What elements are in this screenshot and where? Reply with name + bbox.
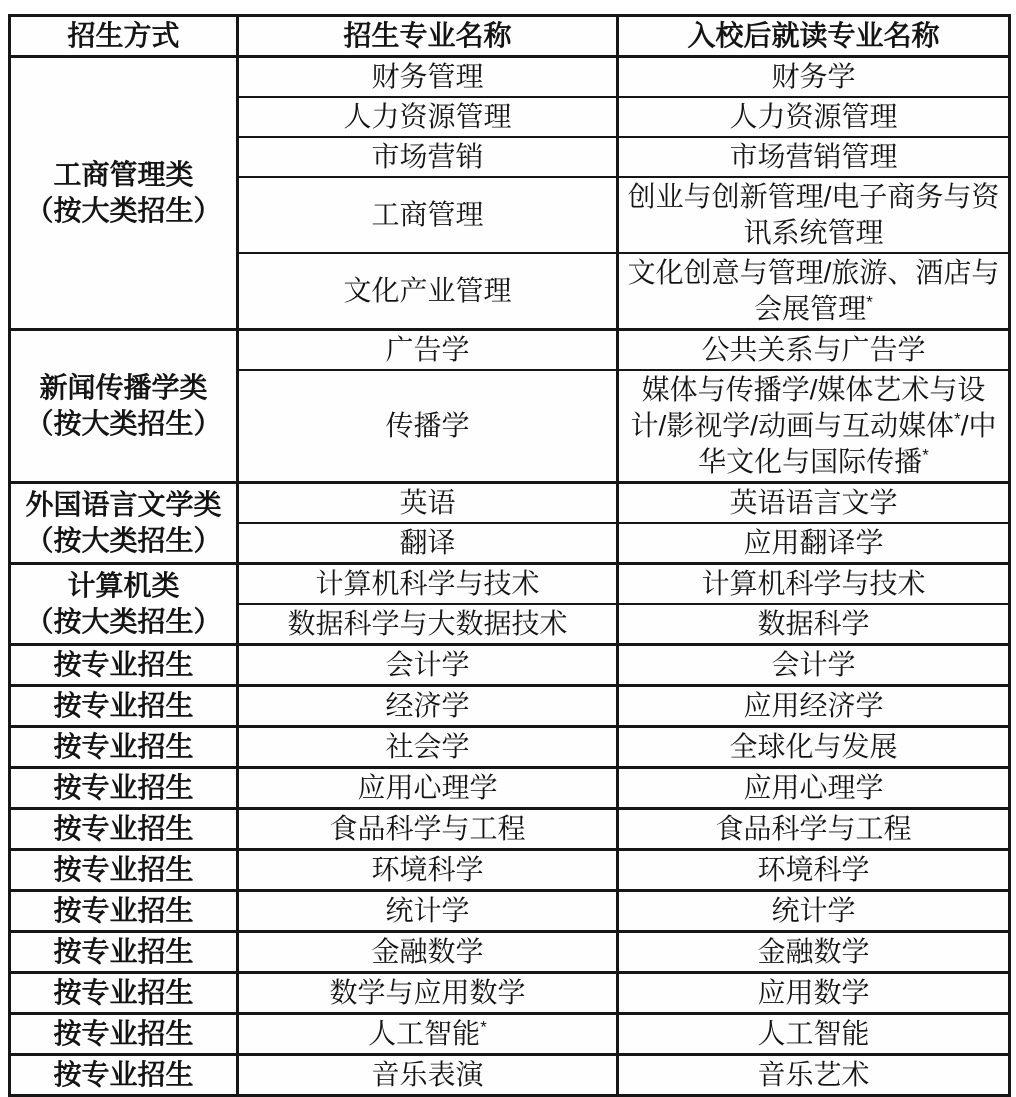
header-method: 招生方式	[10, 16, 238, 57]
major-cell: 文化产业管理	[238, 253, 618, 330]
major-cell: 翻译	[238, 523, 618, 564]
study-cell: 市场营销管理	[618, 137, 1010, 177]
method-cell: 按专业招生	[10, 973, 238, 1014]
table-row: 按专业招生 应用心理学 应用心理学	[10, 768, 1010, 809]
table-row: 按专业招生 食品科学与工程 食品科学与工程	[10, 809, 1010, 850]
study-cell: 计算机科学与技术	[618, 564, 1010, 605]
major-cell: 数学与应用数学	[238, 973, 618, 1014]
major-cell: 统计学	[238, 891, 618, 932]
table-row: 工商管理类 （按大类招生） 财务管理 财务学	[10, 57, 1010, 98]
major-cell: 经济学	[238, 686, 618, 727]
major-cell: 数据科学与大数据技术	[238, 604, 618, 645]
method-cell: 按专业招生	[10, 891, 238, 932]
study-cell: 人工智能	[618, 1014, 1010, 1055]
study-cell: 媒体与传播学/媒体艺术与设计/影视学/动画与互动媒体*/中华文化与国际传播*	[618, 370, 1010, 483]
header-row: 招生方式 招生专业名称 入校后就读专业名称	[10, 16, 1010, 57]
major-cell: 金融数学	[238, 932, 618, 973]
method-cell: 新闻传播学类 （按大类招生）	[10, 330, 238, 483]
header-study: 入校后就读专业名称	[618, 16, 1010, 57]
method-cell: 按专业招生	[10, 850, 238, 891]
method-line: 工商管理类	[17, 157, 230, 193]
study-text: 文化创意与管理/旅游、酒店与会展管理	[628, 257, 1000, 324]
study-cell: 全球化与发展	[618, 727, 1010, 768]
header-major: 招生专业名称	[238, 16, 618, 57]
method-cell: 按专业招生	[10, 809, 238, 850]
study-cell: 数据科学	[618, 604, 1010, 645]
major-cell: 音乐表演	[238, 1055, 618, 1096]
study-cell: 公共关系与广告学	[618, 330, 1010, 371]
table-row: 按专业招生 数学与应用数学 应用数学	[10, 973, 1010, 1014]
page: 招生方式 招生专业名称 入校后就读专业名称 工商管理类 （按大类招生） 财务管理…	[0, 0, 1016, 1097]
method-cell: 按专业招生	[10, 1055, 238, 1096]
method-cell: 外国语言文学类 （按大类招生）	[10, 483, 238, 564]
table-row: 按专业招生 环境科学 环境科学	[10, 850, 1010, 891]
study-cell: 统计学	[618, 891, 1010, 932]
method-line: （按大类招生）	[17, 523, 230, 559]
method-cell: 按专业招生	[10, 1014, 238, 1055]
study-cell: 创业与创新管理/电子商务与资讯系统管理	[618, 177, 1010, 253]
major-text: 人工智能	[368, 1018, 480, 1049]
major-cell: 市场营销	[238, 137, 618, 177]
method-cell: 按专业招生	[10, 727, 238, 768]
table-row: 新闻传播学类 （按大类招生） 广告学 公共关系与广告学	[10, 330, 1010, 371]
major-cell: 会计学	[238, 645, 618, 686]
method-cell: 按专业招生	[10, 768, 238, 809]
major-cell: 传播学	[238, 370, 618, 483]
major-cell: 工商管理	[238, 177, 618, 253]
method-line: （按大类招生）	[17, 604, 230, 640]
method-cell: 按专业招生	[10, 932, 238, 973]
study-cell: 应用翻译学	[618, 523, 1010, 564]
method-line: （按大类招生）	[17, 193, 230, 229]
table-row: 按专业招生 统计学 统计学	[10, 891, 1010, 932]
major-cell: 人工智能*	[238, 1014, 618, 1055]
major-cell: 应用心理学	[238, 768, 618, 809]
study-text: 媒体与传播学/媒体艺术与设计/影视学/动画与互动媒体	[631, 374, 986, 441]
method-cell: 按专业招生	[10, 686, 238, 727]
table-row: 按专业招生 人工智能* 人工智能	[10, 1014, 1010, 1055]
major-cell: 广告学	[238, 330, 618, 371]
study-cell: 人力资源管理	[618, 97, 1010, 137]
method-cell: 按专业招生	[10, 645, 238, 686]
table-row: 按专业招生 经济学 应用经济学	[10, 686, 1010, 727]
table-row: 计算机类 （按大类招生） 计算机科学与技术 计算机科学与技术	[10, 564, 1010, 605]
table-row: 按专业招生 音乐表演 音乐艺术	[10, 1055, 1010, 1096]
study-cell: 应用经济学	[618, 686, 1010, 727]
major-cell: 财务管理	[238, 57, 618, 98]
table-row: 外国语言文学类 （按大类招生） 英语 英语语言文学	[10, 483, 1010, 524]
asterisk-superscript: *	[954, 410, 961, 429]
study-cell: 应用心理学	[618, 768, 1010, 809]
study-cell: 金融数学	[618, 932, 1010, 973]
method-line: 计算机类	[17, 568, 230, 604]
study-cell: 财务学	[618, 57, 1010, 98]
table-row: 按专业招生 金融数学 金融数学	[10, 932, 1010, 973]
admissions-table: 招生方式 招生专业名称 入校后就读专业名称 工商管理类 （按大类招生） 财务管理…	[8, 14, 1011, 1097]
asterisk-superscript: *	[480, 1018, 487, 1037]
method-line: 外国语言文学类	[17, 487, 230, 523]
major-cell: 食品科学与工程	[238, 809, 618, 850]
method-line: 新闻传播学类	[17, 370, 230, 406]
study-cell: 应用数学	[618, 973, 1010, 1014]
method-cell: 计算机类 （按大类招生）	[10, 564, 238, 645]
method-cell: 工商管理类 （按大类招生）	[10, 57, 238, 330]
study-cell: 食品科学与工程	[618, 809, 1010, 850]
study-cell: 环境科学	[618, 850, 1010, 891]
table-row: 按专业招生 会计学 会计学	[10, 645, 1010, 686]
study-cell: 会计学	[618, 645, 1010, 686]
study-cell: 文化创意与管理/旅游、酒店与会展管理*	[618, 253, 1010, 330]
major-cell: 计算机科学与技术	[238, 564, 618, 605]
study-cell: 英语语言文学	[618, 483, 1010, 524]
major-cell: 人力资源管理	[238, 97, 618, 137]
asterisk-superscript: *	[922, 446, 929, 465]
table-row: 按专业招生 社会学 全球化与发展	[10, 727, 1010, 768]
method-line: （按大类招生）	[17, 406, 230, 442]
asterisk-superscript: *	[866, 293, 873, 312]
major-cell: 社会学	[238, 727, 618, 768]
study-cell: 音乐艺术	[618, 1055, 1010, 1096]
major-cell: 英语	[238, 483, 618, 524]
major-cell: 环境科学	[238, 850, 618, 891]
